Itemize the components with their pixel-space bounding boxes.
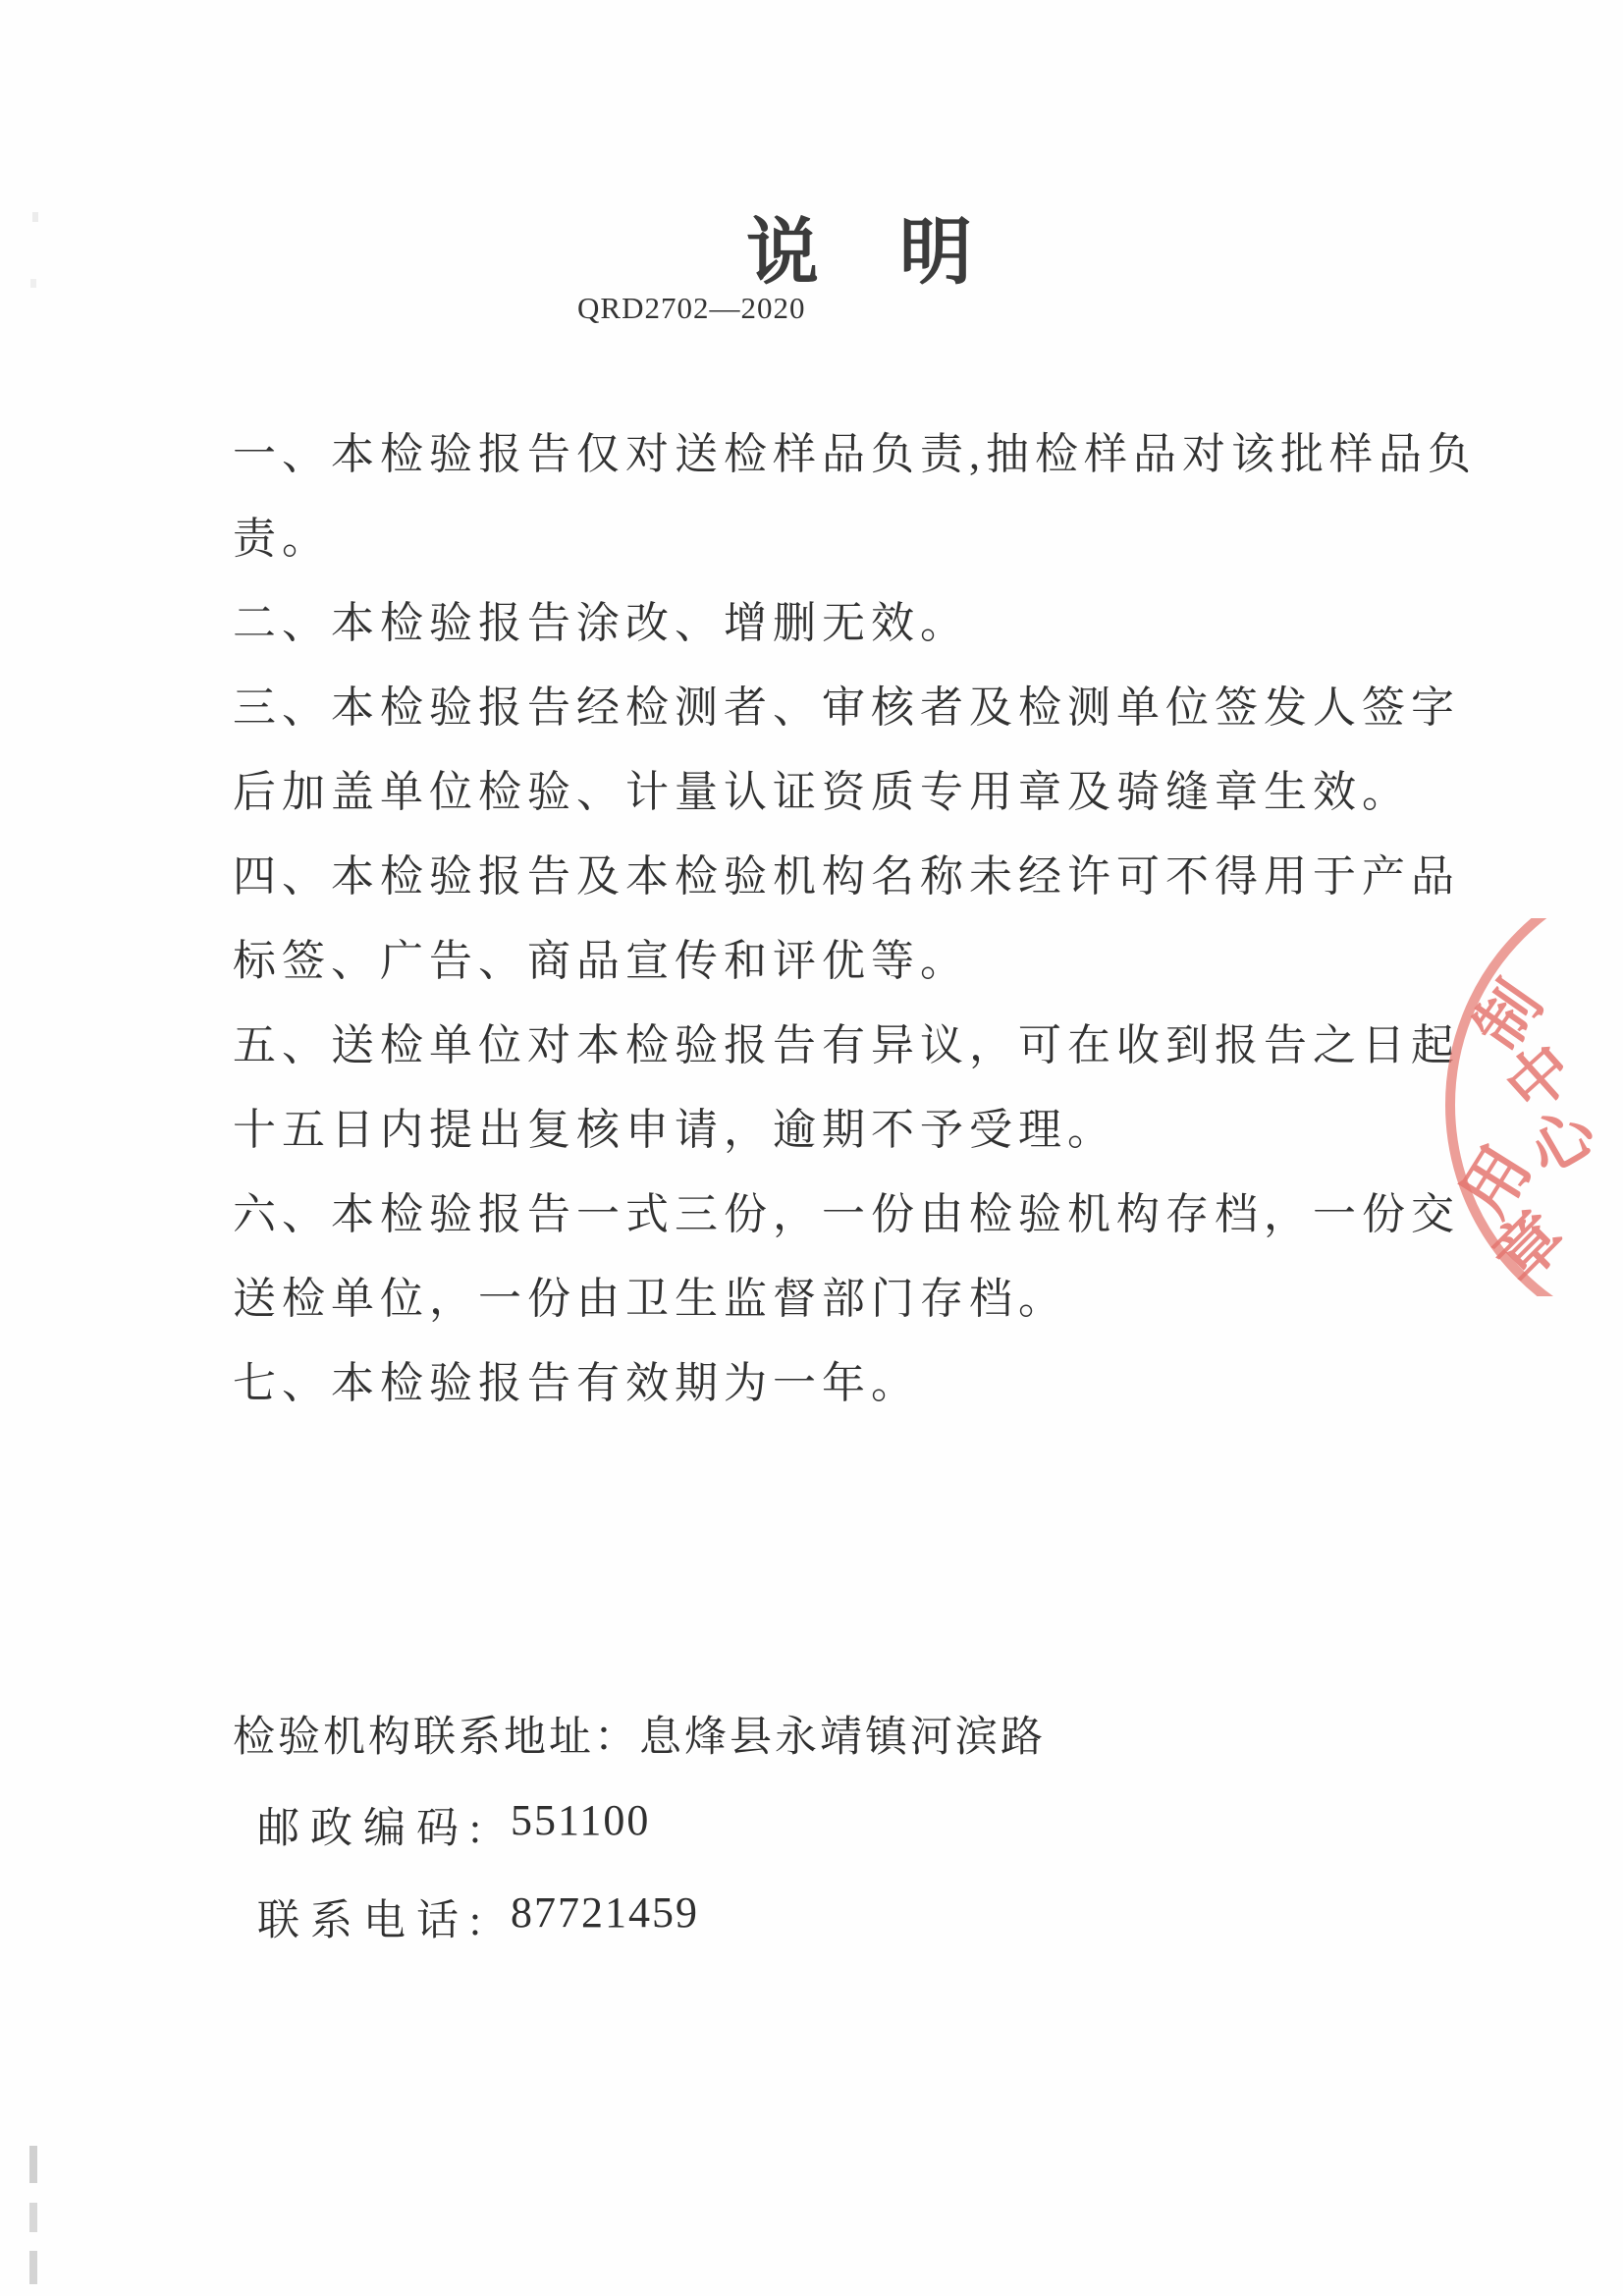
agency-address-label: 检验机构联系地址： [233,1715,639,1761]
body-line: 后加盖单位检验、计量认证资质专用章及骑缝章生效。 [233,750,1431,835]
scan-artifact [32,212,38,222]
scan-artifact [29,2251,37,2284]
stamp-char: 中 [1483,1019,1590,1128]
body-line: 送检单位，一份由卫生监督部门存档。 [233,1257,1431,1341]
agency-address-value: 息烽县永靖镇河滨路 [639,1715,1046,1761]
phone-label: 联系电话: [257,1887,492,1947]
body-line: 四、本检验报告及本检验机构名称未经许可不得用于产品 [233,835,1431,919]
notes-body: 一、本检验报告仅对送检样品负责,抽检样品对该批样品负 责。 二、本检验报告涂改、… [233,412,1431,1426]
official-stamp: 制 中 心 用 章 [1414,918,1623,1296]
body-line: 二、本检验报告涂改、增删无效。 [233,581,1431,666]
agency-address-row: 检验机构联系地址：息烽县永靖镇河滨路 [233,1704,1046,1764]
body-line: 六、本检验报告一式三份，一份由检验机构存档，一份交 [233,1173,1431,1257]
scan-artifact [30,279,36,288]
scanned-document-page: 说 明 QRD2702—2020 一、本检验报告仅对送检样品负责,抽检样品对该批… [0,0,1623,2296]
postal-code-label: 邮政编码: [257,1795,492,1855]
document-code: QRD2702—2020 [577,291,805,326]
stamp-char: 制 [1449,960,1559,1064]
body-line: 十五日内提出复核申请，逾期不予受理。 [233,1088,1431,1173]
body-line: 七、本检验报告有效期为一年。 [233,1341,1431,1426]
stamp-char: 心 [1509,1082,1608,1192]
scan-artifact [29,2146,37,2183]
body-line: 三、本检验报告经检测者、审核者及检测单位签发人签字 [233,666,1431,750]
stamp-char: 章 [1469,1186,1582,1296]
postal-code-row: 邮政编码: 551100 [257,1795,492,1855]
body-line: 责。 [233,497,1431,581]
phone-value: 87721459 [511,1887,699,1938]
document-title: 说 明 [746,194,976,299]
body-line: 五、送检单位对本检验报告有异议，可在收到报告之日起 [233,1004,1431,1088]
stamp-ring [1445,918,1623,1296]
body-line: 一、本检验报告仅对送检样品负责,抽检样品对该批样品负 [233,412,1431,497]
postal-code-value: 551100 [511,1795,650,1845]
scan-artifact [29,2203,37,2232]
body-line: 标签、广告、商品宣传和评优等。 [233,919,1431,1004]
phone-row: 联系电话: 87721459 [257,1887,492,1947]
